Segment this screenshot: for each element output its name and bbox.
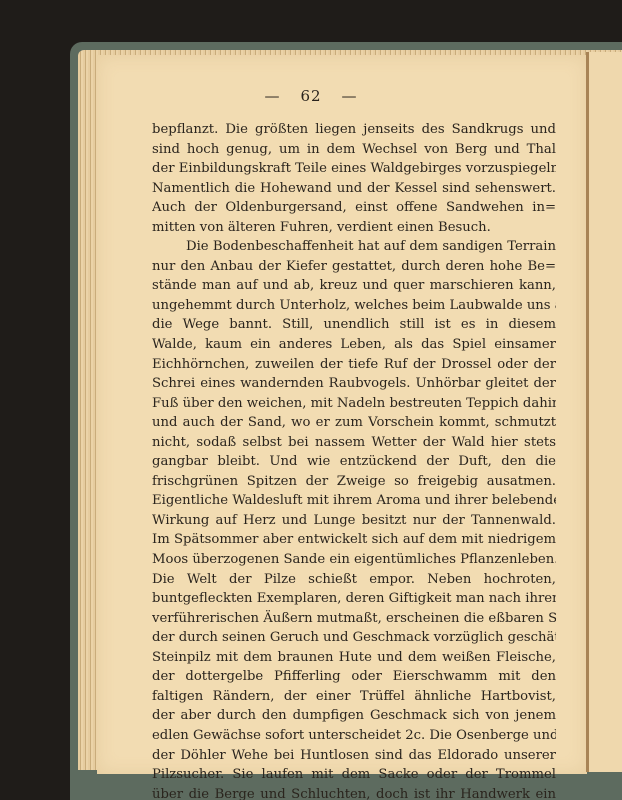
text-line: Die Bodenbeschaffenheit hat auf dem sand… <box>152 237 556 257</box>
text-line: Pilzsucher. Sie laufen mit dem Sacke ode… <box>152 765 556 785</box>
text-line: der durch seinen Geruch und Geschmack vo… <box>152 628 556 648</box>
text-line: gangbar bleibt. Und wie entzückend der D… <box>152 452 556 472</box>
text-line: Eigentliche Waldesluft mit ihrem Aroma u… <box>152 491 556 511</box>
page-number-dash-left: — <box>264 87 280 105</box>
facing-page <box>589 52 622 772</box>
text-line: Eichhörnchen, zuweilen der tiefe Ruf der… <box>152 355 556 375</box>
text-line: nur den Anbau der Kiefer gestattet, durc… <box>152 257 556 277</box>
text-line: Schrei eines wandernden Raubvogels. Unhö… <box>152 374 556 394</box>
text-line: Im Spätsommer aber entwickelt sich auf d… <box>152 530 556 550</box>
text-line: verführerischen Äußern mutmaßt, erschein… <box>152 609 556 629</box>
text-line: frischgrünen Spitzen der Zweige so freig… <box>152 472 556 492</box>
text-line: bepflanzt. Die größten liegen jenseits d… <box>152 120 556 140</box>
text-line: Walde, kaum ein anderes Leben, als das S… <box>152 335 556 355</box>
page-number-value: 62 <box>300 87 321 105</box>
page-number: —62— <box>0 87 622 105</box>
text-line: mitten von älteren Fuhren, verdient eine… <box>152 218 556 238</box>
text-line: ungehemmt durch Unterholz, welches beim … <box>152 296 556 316</box>
text-line: edlen Gewächse sofort unterscheidet 2c. … <box>152 726 556 746</box>
body-text: bepflanzt. Die größten liegen jenseits d… <box>152 120 556 800</box>
text-line: buntgefleckten Exemplaren, deren Giftigk… <box>152 589 556 609</box>
text-line: sind hoch genug, um in dem Wechsel von B… <box>152 140 556 160</box>
text-line: faltigen Rändern, der einer Trüffel ähnl… <box>152 687 556 707</box>
text-line: der Einbildungskraft Teile eines Waldgeb… <box>152 159 556 179</box>
text-line: der aber durch den dumpfigen Geschmack s… <box>152 706 556 726</box>
text-line: die Wege bannt. Still, unendlich still i… <box>152 315 556 335</box>
text-line: über die Berge und Schluchten, doch ist … <box>152 785 556 800</box>
text-line: Steinpilz mit dem braunen Hute und dem w… <box>152 648 556 668</box>
paragraph-2: Die Bodenbeschaffenheit hat auf dem sand… <box>152 237 556 800</box>
text-line: der dottergelbe Pfifferling oder Eiersch… <box>152 667 556 687</box>
text-line: stände man auf und ab, kreuz und quer ma… <box>152 276 556 296</box>
text-line: Moos überzogenen Sande ein eigentümliche… <box>152 550 556 570</box>
page-number-dash-right: — <box>342 87 358 105</box>
text-line: der Döhler Wehe bei Huntlosen sind das E… <box>152 746 556 766</box>
paragraph-1: bepflanzt. Die größten liegen jenseits d… <box>152 120 556 237</box>
text-line: nicht, sodaß selbst bei nassem Wetter de… <box>152 433 556 453</box>
text-line: Wirkung auf Herz und Lunge besitzt nur d… <box>152 511 556 531</box>
text-line: Fuß über den weichen, mit Nadeln bestreu… <box>152 394 556 414</box>
text-line: Auch der Oldenburgersand, einst offene S… <box>152 198 556 218</box>
text-line: und auch der Sand, wo er zum Vorschein k… <box>152 413 556 433</box>
text-line: Namentlich die Hohewand und der Kessel s… <box>152 179 556 199</box>
text-line: Die Welt der Pilze schießt empor. Neben … <box>152 570 556 590</box>
